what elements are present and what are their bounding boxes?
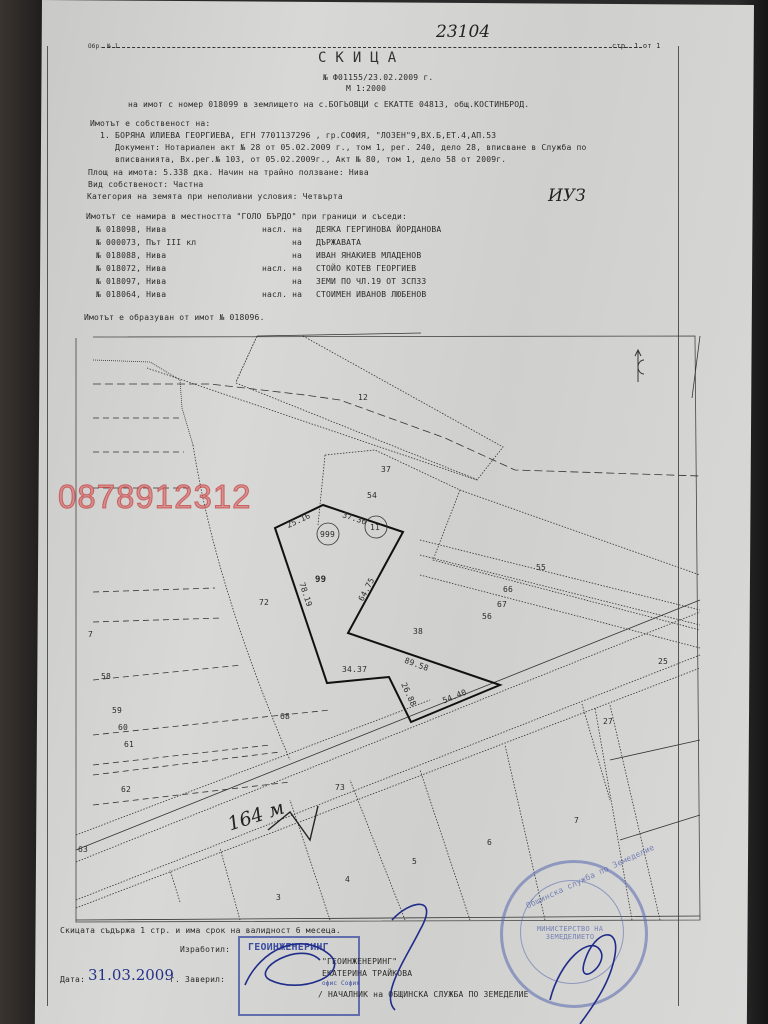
parcel-label: 68 [280, 712, 290, 721]
stamp-company: ГЕОИНЖЕНЕРИНГ [248, 942, 329, 953]
parcel-label: 25 [658, 657, 668, 666]
parcel-label: 72 [259, 598, 269, 607]
parcel-label: 60 [118, 723, 128, 732]
parcel-label: 54 [367, 491, 377, 500]
parcel-label: 67 [497, 600, 507, 609]
parcel-label: 56 [482, 612, 492, 621]
prepared-label: Изработил: [180, 945, 230, 954]
date-label: Дата: [60, 975, 85, 984]
parcel-label: 12 [358, 393, 368, 402]
main-parcel-label: 99 [315, 575, 326, 585]
parcel-label: 38 [413, 627, 423, 636]
parcel-label: 27 [603, 717, 613, 726]
certifier-line: / НАЧАЛНИК на ОБЩИНСКА СЛУЖБА ПО ЗЕМЕДЕЛ… [318, 990, 529, 999]
parcel-label: 7 [88, 630, 93, 639]
parcel-label: 4 [345, 875, 350, 884]
parcel-label: 61 [124, 740, 134, 749]
parcel-label: 59 [112, 706, 122, 715]
date-suffix: г. Заверил: [170, 975, 225, 984]
parcel-label: 66 [503, 585, 513, 594]
parcel-label: 7 [574, 816, 579, 825]
stamp-line-1: "ГЕОИНЖЕНЕРИНГ" [322, 957, 397, 966]
side-length: 34.37 [342, 665, 367, 674]
parcel-label: 3 [276, 893, 281, 902]
parcel-label: 73 [335, 783, 345, 792]
stamp-city: офис София [322, 980, 360, 987]
validity-text: Скицата съдържа 1 стр. и има срок на вал… [60, 926, 341, 935]
seal-center: МИНИСТЕРСТВО НА ЗЕМЕДЕЛИЕТО [520, 925, 620, 941]
parcel-label: 37 [381, 465, 391, 474]
parcel-label: 55 [536, 563, 546, 572]
date-value: 31.03.2009 [88, 966, 174, 984]
circle-label: 11 [370, 523, 380, 532]
stamp-line-2: ЕКАТЕРИНА ТРАЙКОВА [322, 969, 412, 978]
phone-watermark: 0878912312 [58, 478, 252, 516]
circle-label: 999 [320, 530, 335, 539]
parcel-label: 62 [121, 785, 131, 794]
parcel-label: 58 [101, 672, 111, 681]
parcel-label: 63 [78, 845, 88, 854]
parcel-label: 5 [412, 857, 417, 866]
parcel-label: 6 [487, 838, 492, 847]
